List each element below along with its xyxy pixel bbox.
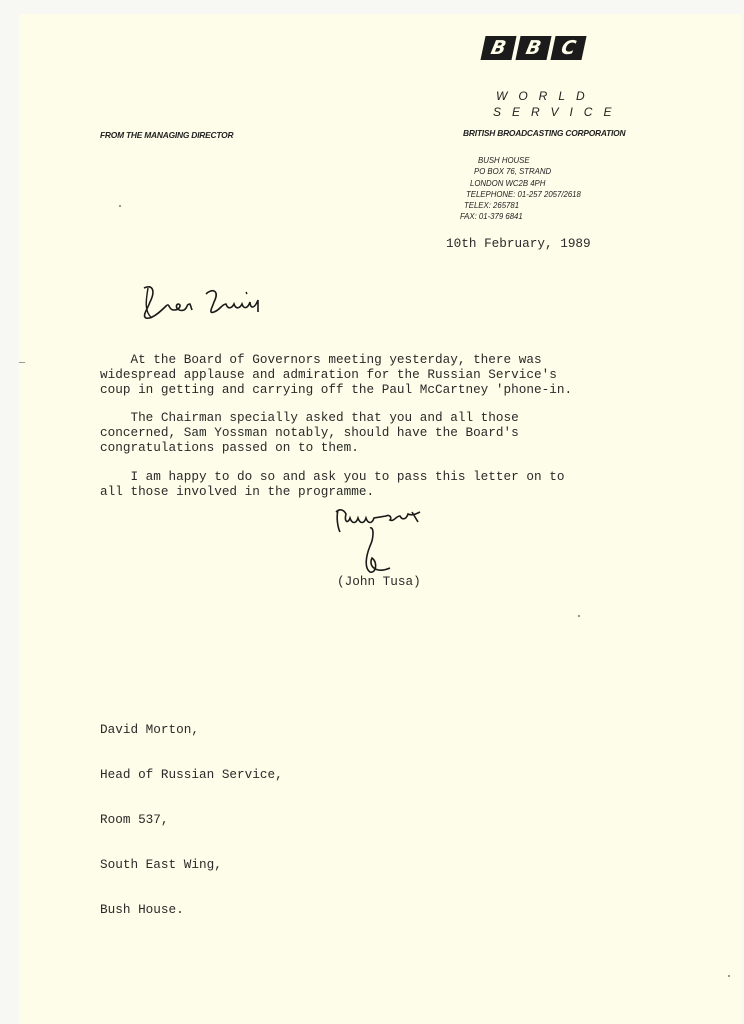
paragraph-3: I am happy to do so and ask you to pass … [100,469,564,499]
logo-letter-c: C [550,36,586,60]
service-name-line2: SERVICE [493,105,622,119]
service-name-line1: WORLD [496,89,596,103]
bbc-logo: B B C [483,36,584,60]
handwritten-signature [330,502,430,582]
paper-speck [728,975,730,977]
fold-mark [19,362,25,363]
organisation-name: BRITISH BROADCASTING CORPORATION [463,128,625,138]
from-line: FROM THE MANAGING DIRECTOR [100,130,233,140]
fax-line: FAX: 01-379 6841 [460,211,523,222]
recipient-address: David Morton, Head of Russian Service, R… [100,692,283,932]
recipient-wing: South East Wing, [100,857,283,872]
handwritten-salutation [122,280,272,330]
address-line: LONDON WC2B 4PH [470,178,545,189]
telex-line: TELEX: 265781 [464,200,519,211]
paper-speck [578,615,580,617]
address-line: BUSH HOUSE [478,155,530,166]
signatory-name: (John Tusa) [337,574,421,589]
recipient-name: David Morton, [100,722,283,737]
paragraph-2: The Chairman specially asked that you an… [100,410,519,455]
paragraph-1: At the Board of Governors meeting yester… [100,352,572,397]
letter-date: 10th February, 1989 [446,236,591,251]
logo-letter-b2: B [515,36,551,60]
recipient-title: Head of Russian Service, [100,767,283,782]
logo-letter-b1: B [480,36,516,60]
recipient-room: Room 537, [100,812,283,827]
telephone-line: TELEPHONE: 01-257 2057/2618 [466,189,581,200]
address-line: PO BOX 76, STRAND [474,166,551,177]
recipient-building: Bush House. [100,902,283,917]
paper-speck [119,205,121,207]
